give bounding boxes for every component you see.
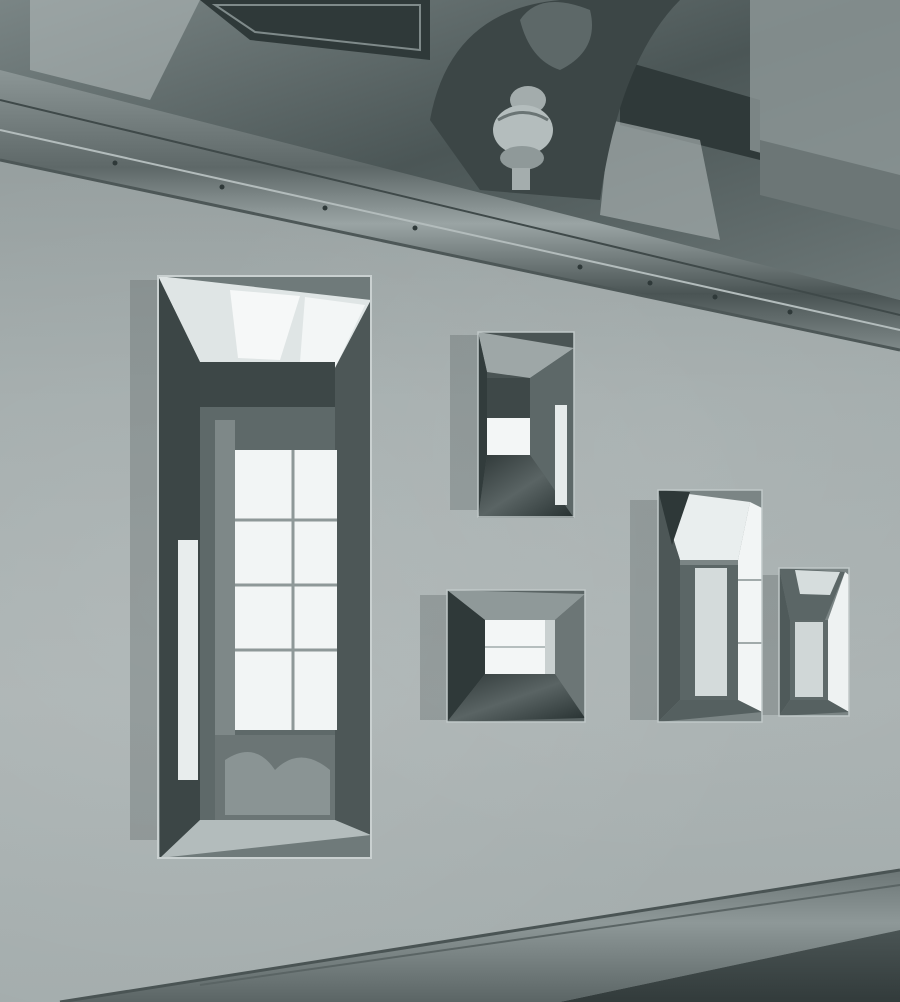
mirror-medium-right — [658, 490, 762, 722]
scene-drawing — [0, 0, 900, 1002]
photo-scene: Grayscale photograph of an ornate interi… — [0, 0, 900, 1002]
mirror-small-right — [779, 568, 849, 716]
mirror-small-upper — [478, 332, 574, 518]
mirror-tall — [158, 276, 371, 858]
mirror-square — [447, 590, 585, 722]
